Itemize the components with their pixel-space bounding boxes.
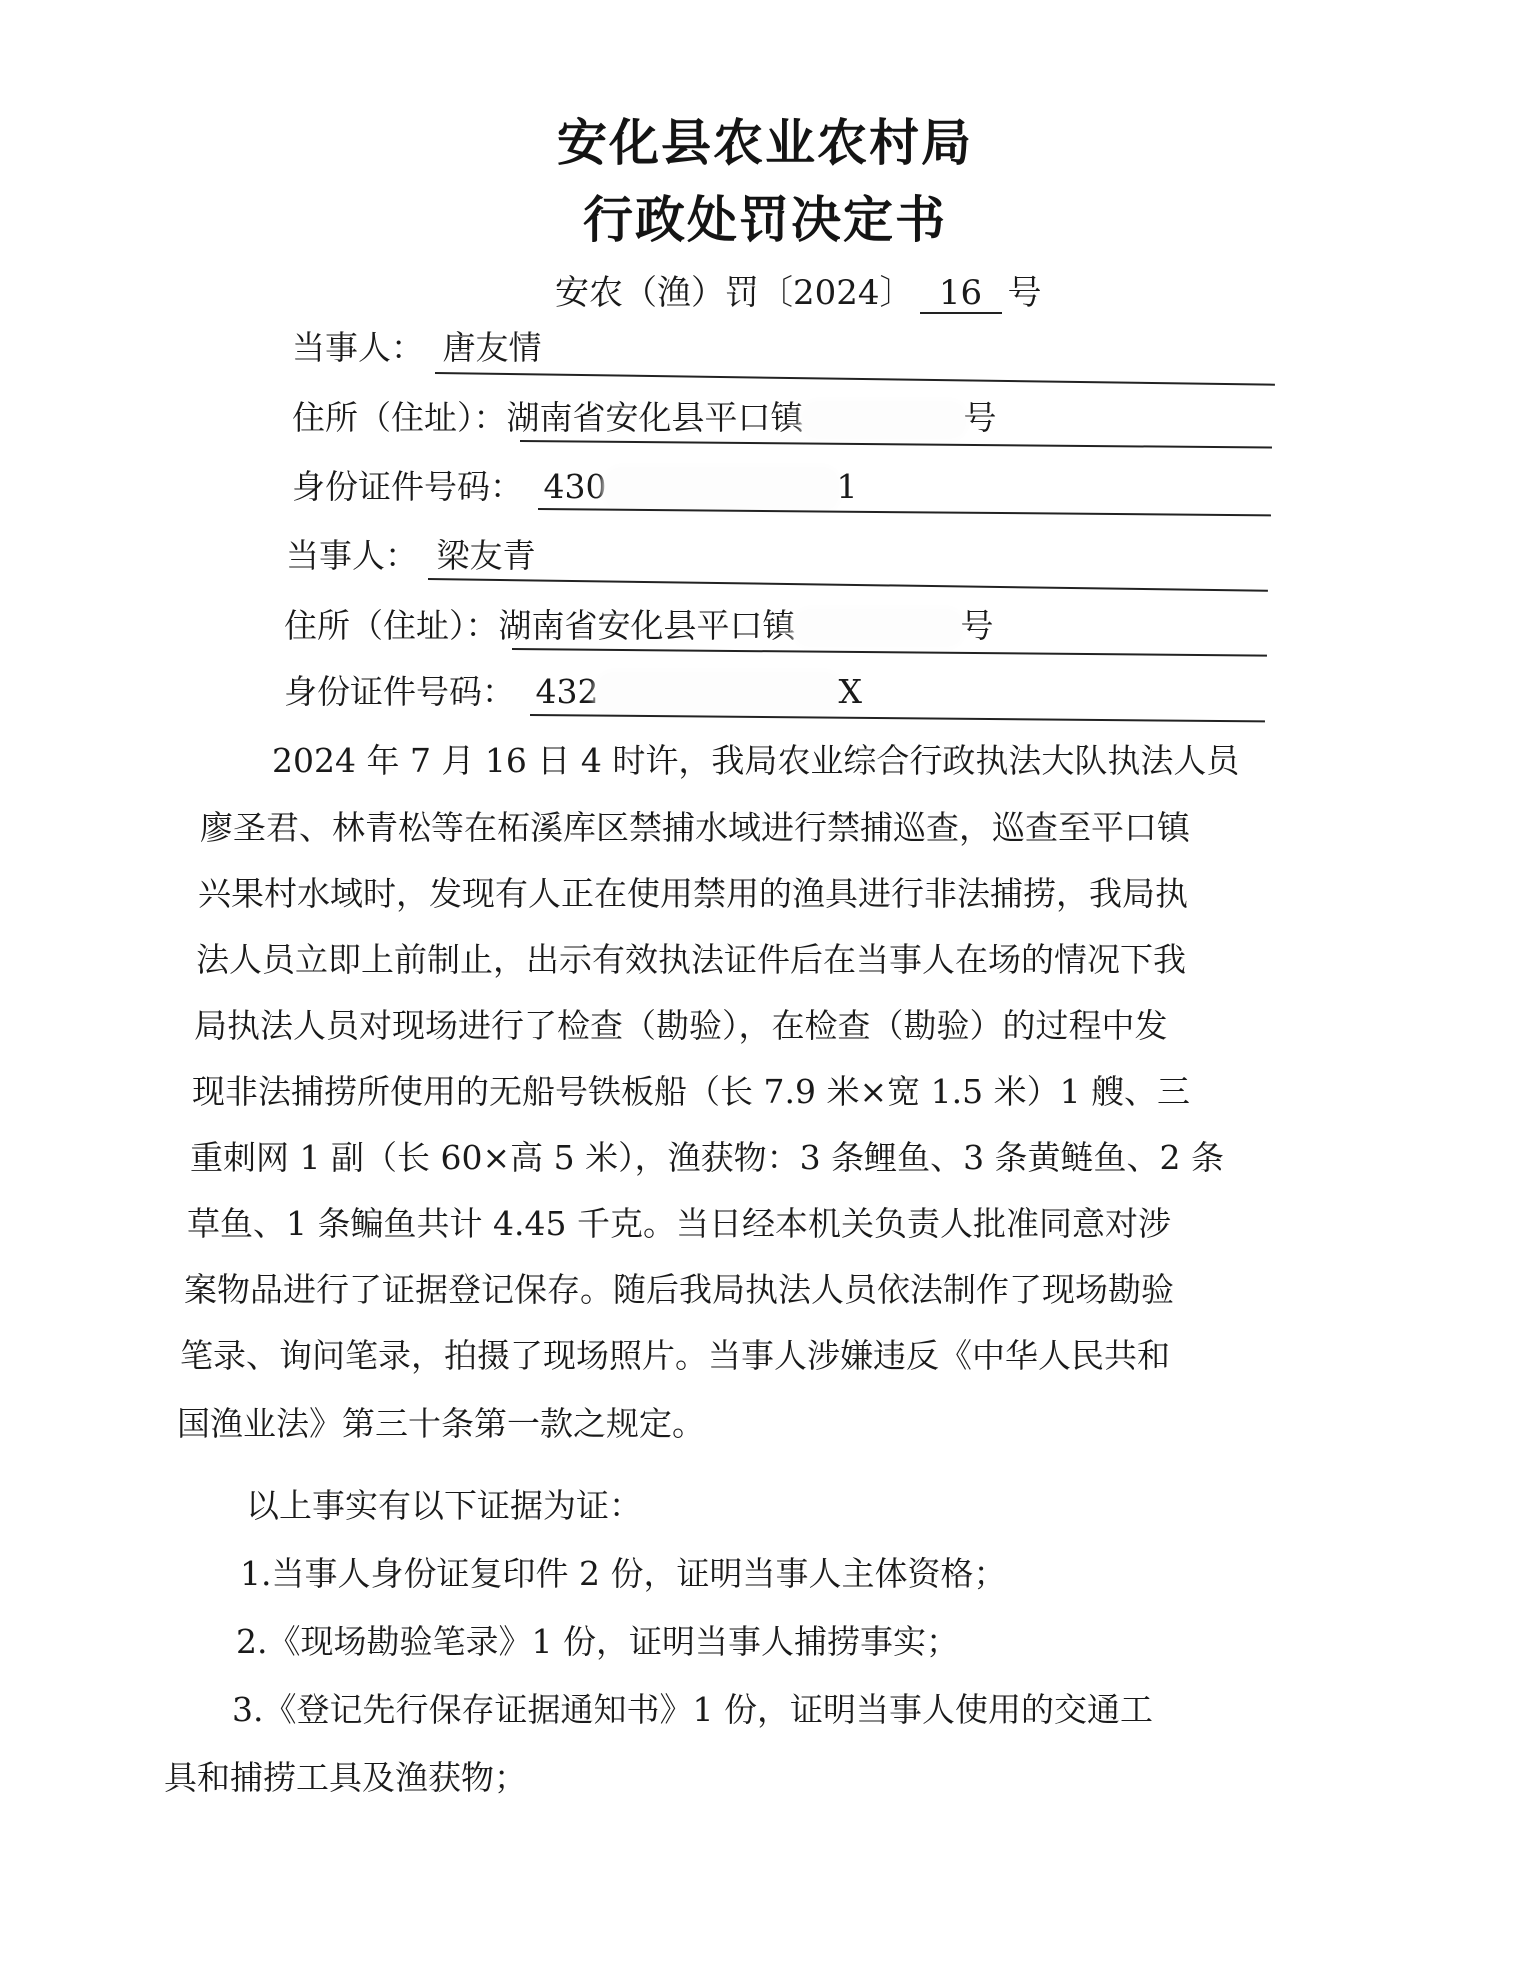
- address-label: 住所（住址）：: [292, 398, 507, 437]
- party-2-name-field: 当事人： 梁友青: [286, 530, 536, 577]
- id-suffix: 1: [837, 467, 858, 506]
- document-number-value: 16: [920, 274, 1002, 314]
- facts-line: 廖圣君、林青松等在柘溪库区禁捕水域进行禁捕巡查，巡查至平口镇: [200, 802, 1190, 849]
- redaction-mask: [796, 611, 961, 645]
- id-prefix: 430: [544, 467, 607, 506]
- party-2-address-field: 住所（住址）：湖南省安化县平口镇号: [284, 600, 994, 647]
- party-1-id-field: 身份证件号码： 4301: [292, 461, 858, 509]
- facts-line: 2024 年 7 月 16 日 4 时许，我局农业综合行政执法大队执法人员: [272, 735, 1239, 782]
- underline: [520, 440, 1272, 449]
- document-type-title: 行政处罚决定书: [0, 180, 1530, 252]
- facts-line: 现非法捕捞所使用的无船号铁板船（长 7.9 米×宽 1.5 米）1 艘、三: [192, 1066, 1190, 1113]
- redaction-mask: [599, 674, 839, 714]
- party-name-label: 当事人：: [292, 328, 424, 367]
- evidence-item: 2.《现场勘验笔录》1 份，证明当事人捕捞事实；: [236, 1616, 959, 1663]
- document-number-suffix: 号: [1008, 273, 1042, 313]
- facts-line: 兴果村水域时，发现有人正在使用禁用的渔具进行非法捕捞，我局执: [198, 868, 1188, 915]
- id-suffix: X: [839, 672, 863, 711]
- underline: [428, 578, 1268, 592]
- address-suffix: 号: [964, 392, 997, 439]
- party-name-value: 梁友青: [437, 530, 536, 577]
- party-1-name-field: 当事人： 唐友情: [292, 322, 542, 369]
- underline: [530, 714, 1265, 722]
- id-prefix: 432: [536, 672, 599, 711]
- party-name-label: 当事人：: [286, 536, 418, 575]
- address-label: 住所（住址）：: [284, 606, 499, 645]
- facts-line: 局执法人员对现场进行了检查（勘验），在检查（勘验）的过程中发: [194, 1000, 1168, 1047]
- facts-line: 笔录、询问笔录，拍摄了现场照片。当事人涉嫌违反《中华人民共和: [180, 1330, 1170, 1377]
- underline: [538, 508, 1271, 516]
- party-name-value: 唐友情: [443, 322, 542, 369]
- document-number: 安农（渔）罚〔2024〕16号: [555, 265, 1042, 314]
- evidence-item: 具和捕捞工具及渔获物；: [164, 1752, 527, 1799]
- facts-line: 案物品进行了证据登记保存。随后我局执法人员依法制作了现场勘验: [184, 1264, 1174, 1311]
- redaction-mask: [607, 469, 837, 509]
- redaction-mask: [804, 403, 964, 437]
- document-number-prefix: 安农（渔）罚〔2024〕: [555, 273, 914, 313]
- address-value: 湖南省安化县平口镇: [507, 392, 804, 439]
- id-label: 身份证件号码：: [292, 467, 523, 506]
- evidence-item: 1.当事人身份证复印件 2 份，证明当事人主体资格；: [240, 1548, 1006, 1595]
- address-value: 湖南省安化县平口镇: [499, 600, 796, 647]
- underline: [512, 648, 1267, 657]
- facts-line: 重刺网 1 副（长 60×高 5 米），渔获物：3 条鲤鱼、3 条黄鲢鱼、2 条: [190, 1132, 1224, 1179]
- evidence-intro: 以上事实有以下证据为证：: [246, 1480, 642, 1527]
- agency-title: 安化县农业农村局: [0, 103, 1530, 175]
- party-2-id-field: 身份证件号码： 432X: [284, 666, 862, 714]
- party-1-address-field: 住所（住址）：湖南省安化县平口镇号: [292, 392, 997, 439]
- id-label: 身份证件号码：: [284, 672, 515, 711]
- facts-line: 国渔业法》第三十条第一款之规定。: [177, 1398, 705, 1445]
- facts-line: 草鱼、1 条鳊鱼共计 4.45 千克。当日经本机关负责人批准同意对涉: [187, 1198, 1171, 1245]
- facts-line: 法人员立即上前制止，出示有效执法证件后在当事人在场的情况下我: [196, 934, 1186, 981]
- address-suffix: 号: [961, 600, 994, 647]
- underline: [435, 372, 1275, 386]
- evidence-item: 3.《登记先行保存证据通知书》1 份，证明当事人使用的交通工: [232, 1684, 1153, 1731]
